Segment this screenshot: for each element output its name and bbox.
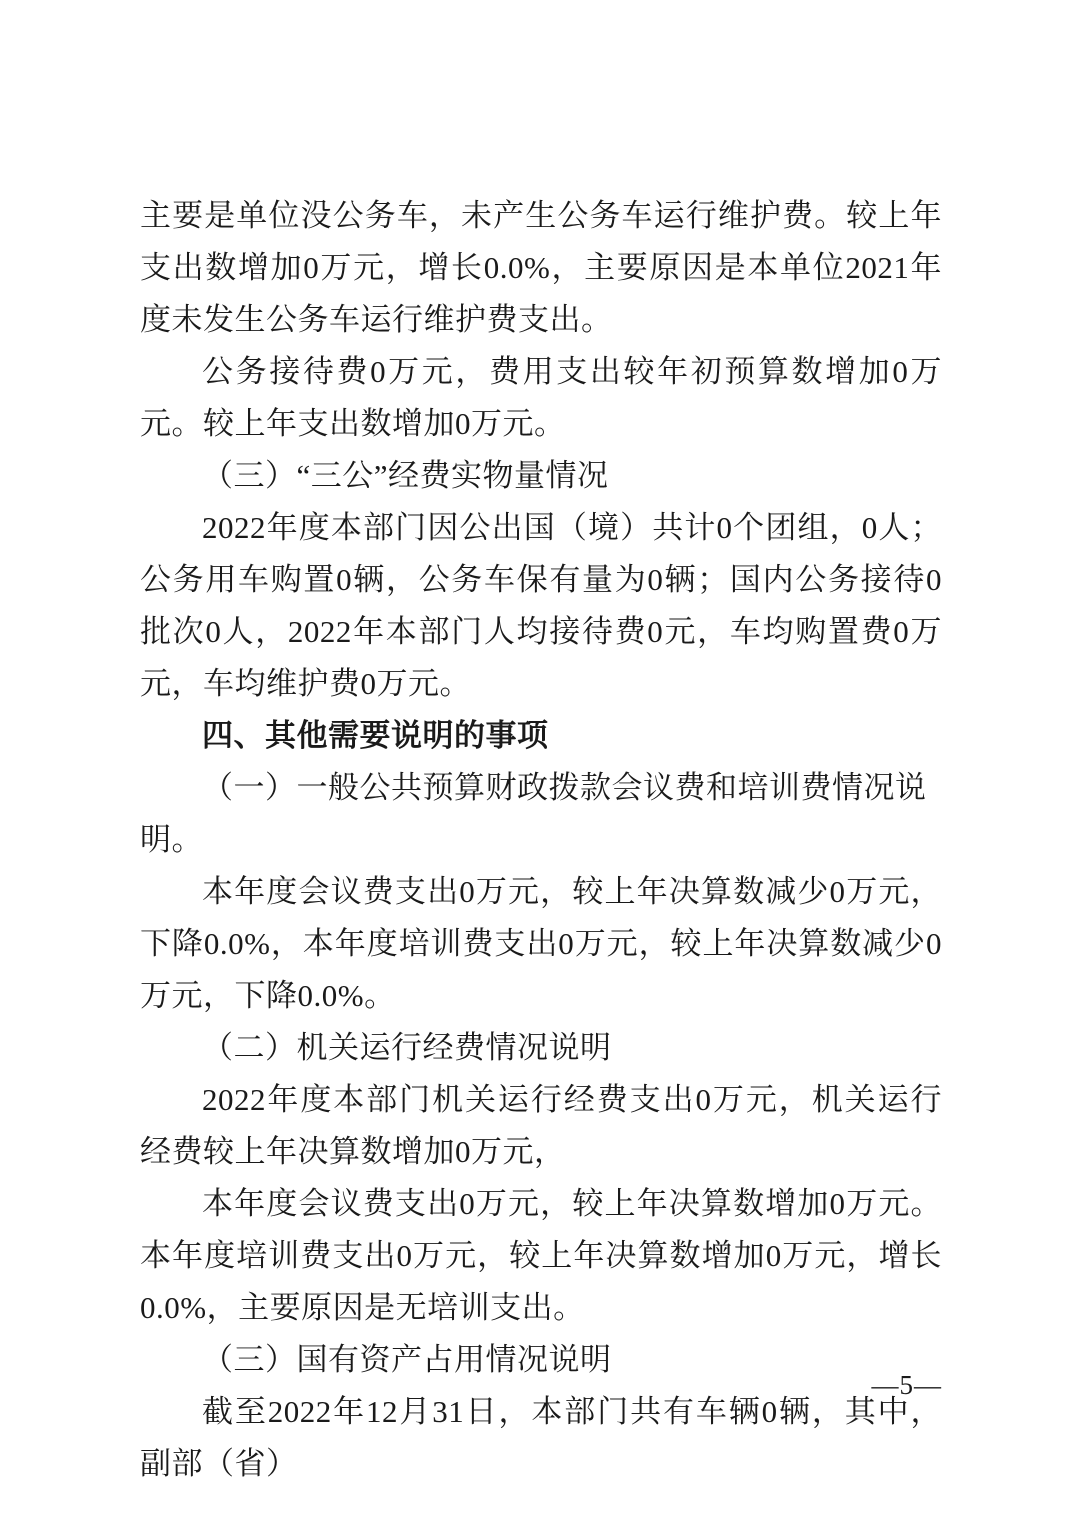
para-state-owned-assets: 截至2022年12月31日，本部门共有车辆0辆，其中，副部（省） (140, 1386, 942, 1490)
para-meeting-training-fee: 本年度会议费支出0万元，较上年决算数减少0万元，下降0.0%，本年度培训费支出0… (140, 866, 942, 1022)
para-meeting-training-fee-yearly: 本年度会议费支出0万元，较上年决算数增加0万元。本年度培训费支出0万元，较上年决… (140, 1178, 942, 1334)
document-body: 主要是单位没公务车，未产生公务车运行维护费。较上年支出数增加0万元，增长0.0%… (140, 190, 942, 1490)
subheading-sangong-physical-quantity: （三）“三公”经费实物量情况 (140, 450, 942, 502)
subheading-state-owned-assets: （三）国有资产占用情况说明 (140, 1334, 942, 1386)
para-agency-operating-funds: 2022年度本部门机关运行经费支出0万元，机关运行经费较上年决算数增加0万元， (140, 1074, 942, 1178)
para-vehicle-maintenance-continuation: 主要是单位没公务车，未产生公务车运行维护费。较上年支出数增加0万元，增长0.0%… (140, 190, 942, 346)
subheading-meeting-training-fee-note: （一）一般公共预算财政拨款会议费和培训费情况说明。 (140, 762, 942, 866)
document-page: 主要是单位没公务车，未产生公务车运行维护费。较上年支出数增加0万元，增长0.0%… (0, 0, 1074, 1520)
heading-other-matters: 四、其他需要说明的事项 (140, 710, 942, 762)
page-number: —5— (872, 1368, 943, 1402)
subheading-agency-operating-funds: （二）机关运行经费情况说明 (140, 1022, 942, 1074)
para-sangong-physical-quantity: 2022年度本部门因公出国（境）共计0个团组，0人；公务用车购置0辆，公务车保有… (140, 502, 942, 710)
para-official-reception-fee: 公务接待费0万元，费用支出较年初预算数增加0万元。较上年支出数增加0万元。 (140, 346, 942, 450)
